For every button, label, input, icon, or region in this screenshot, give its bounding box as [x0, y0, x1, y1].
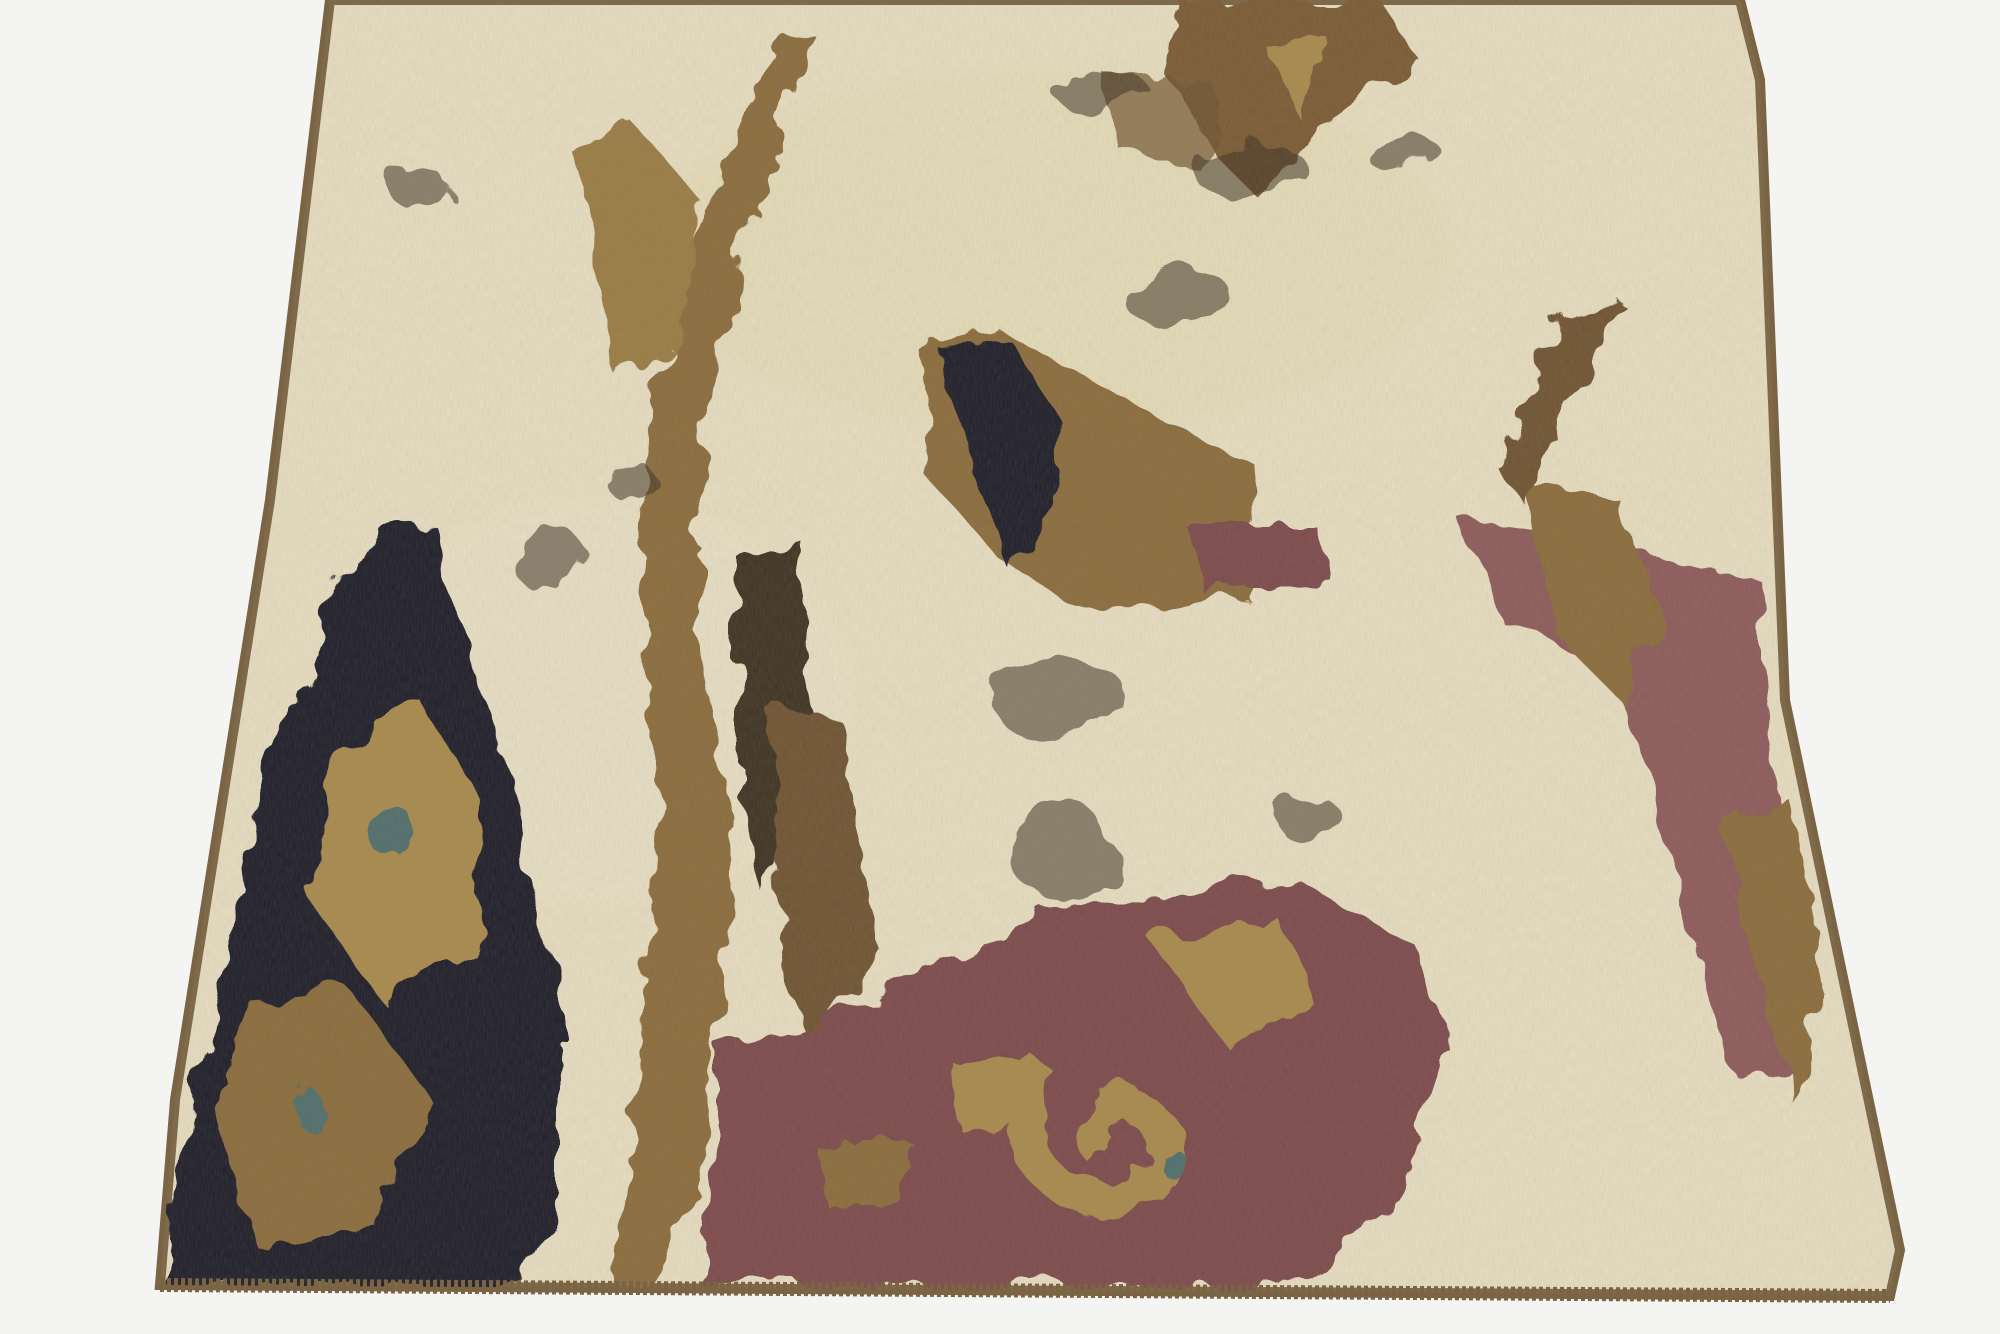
rug-photo [0, 0, 2000, 1334]
weave-texture [0, 0, 2000, 1334]
rug-illustration [0, 0, 2000, 1334]
